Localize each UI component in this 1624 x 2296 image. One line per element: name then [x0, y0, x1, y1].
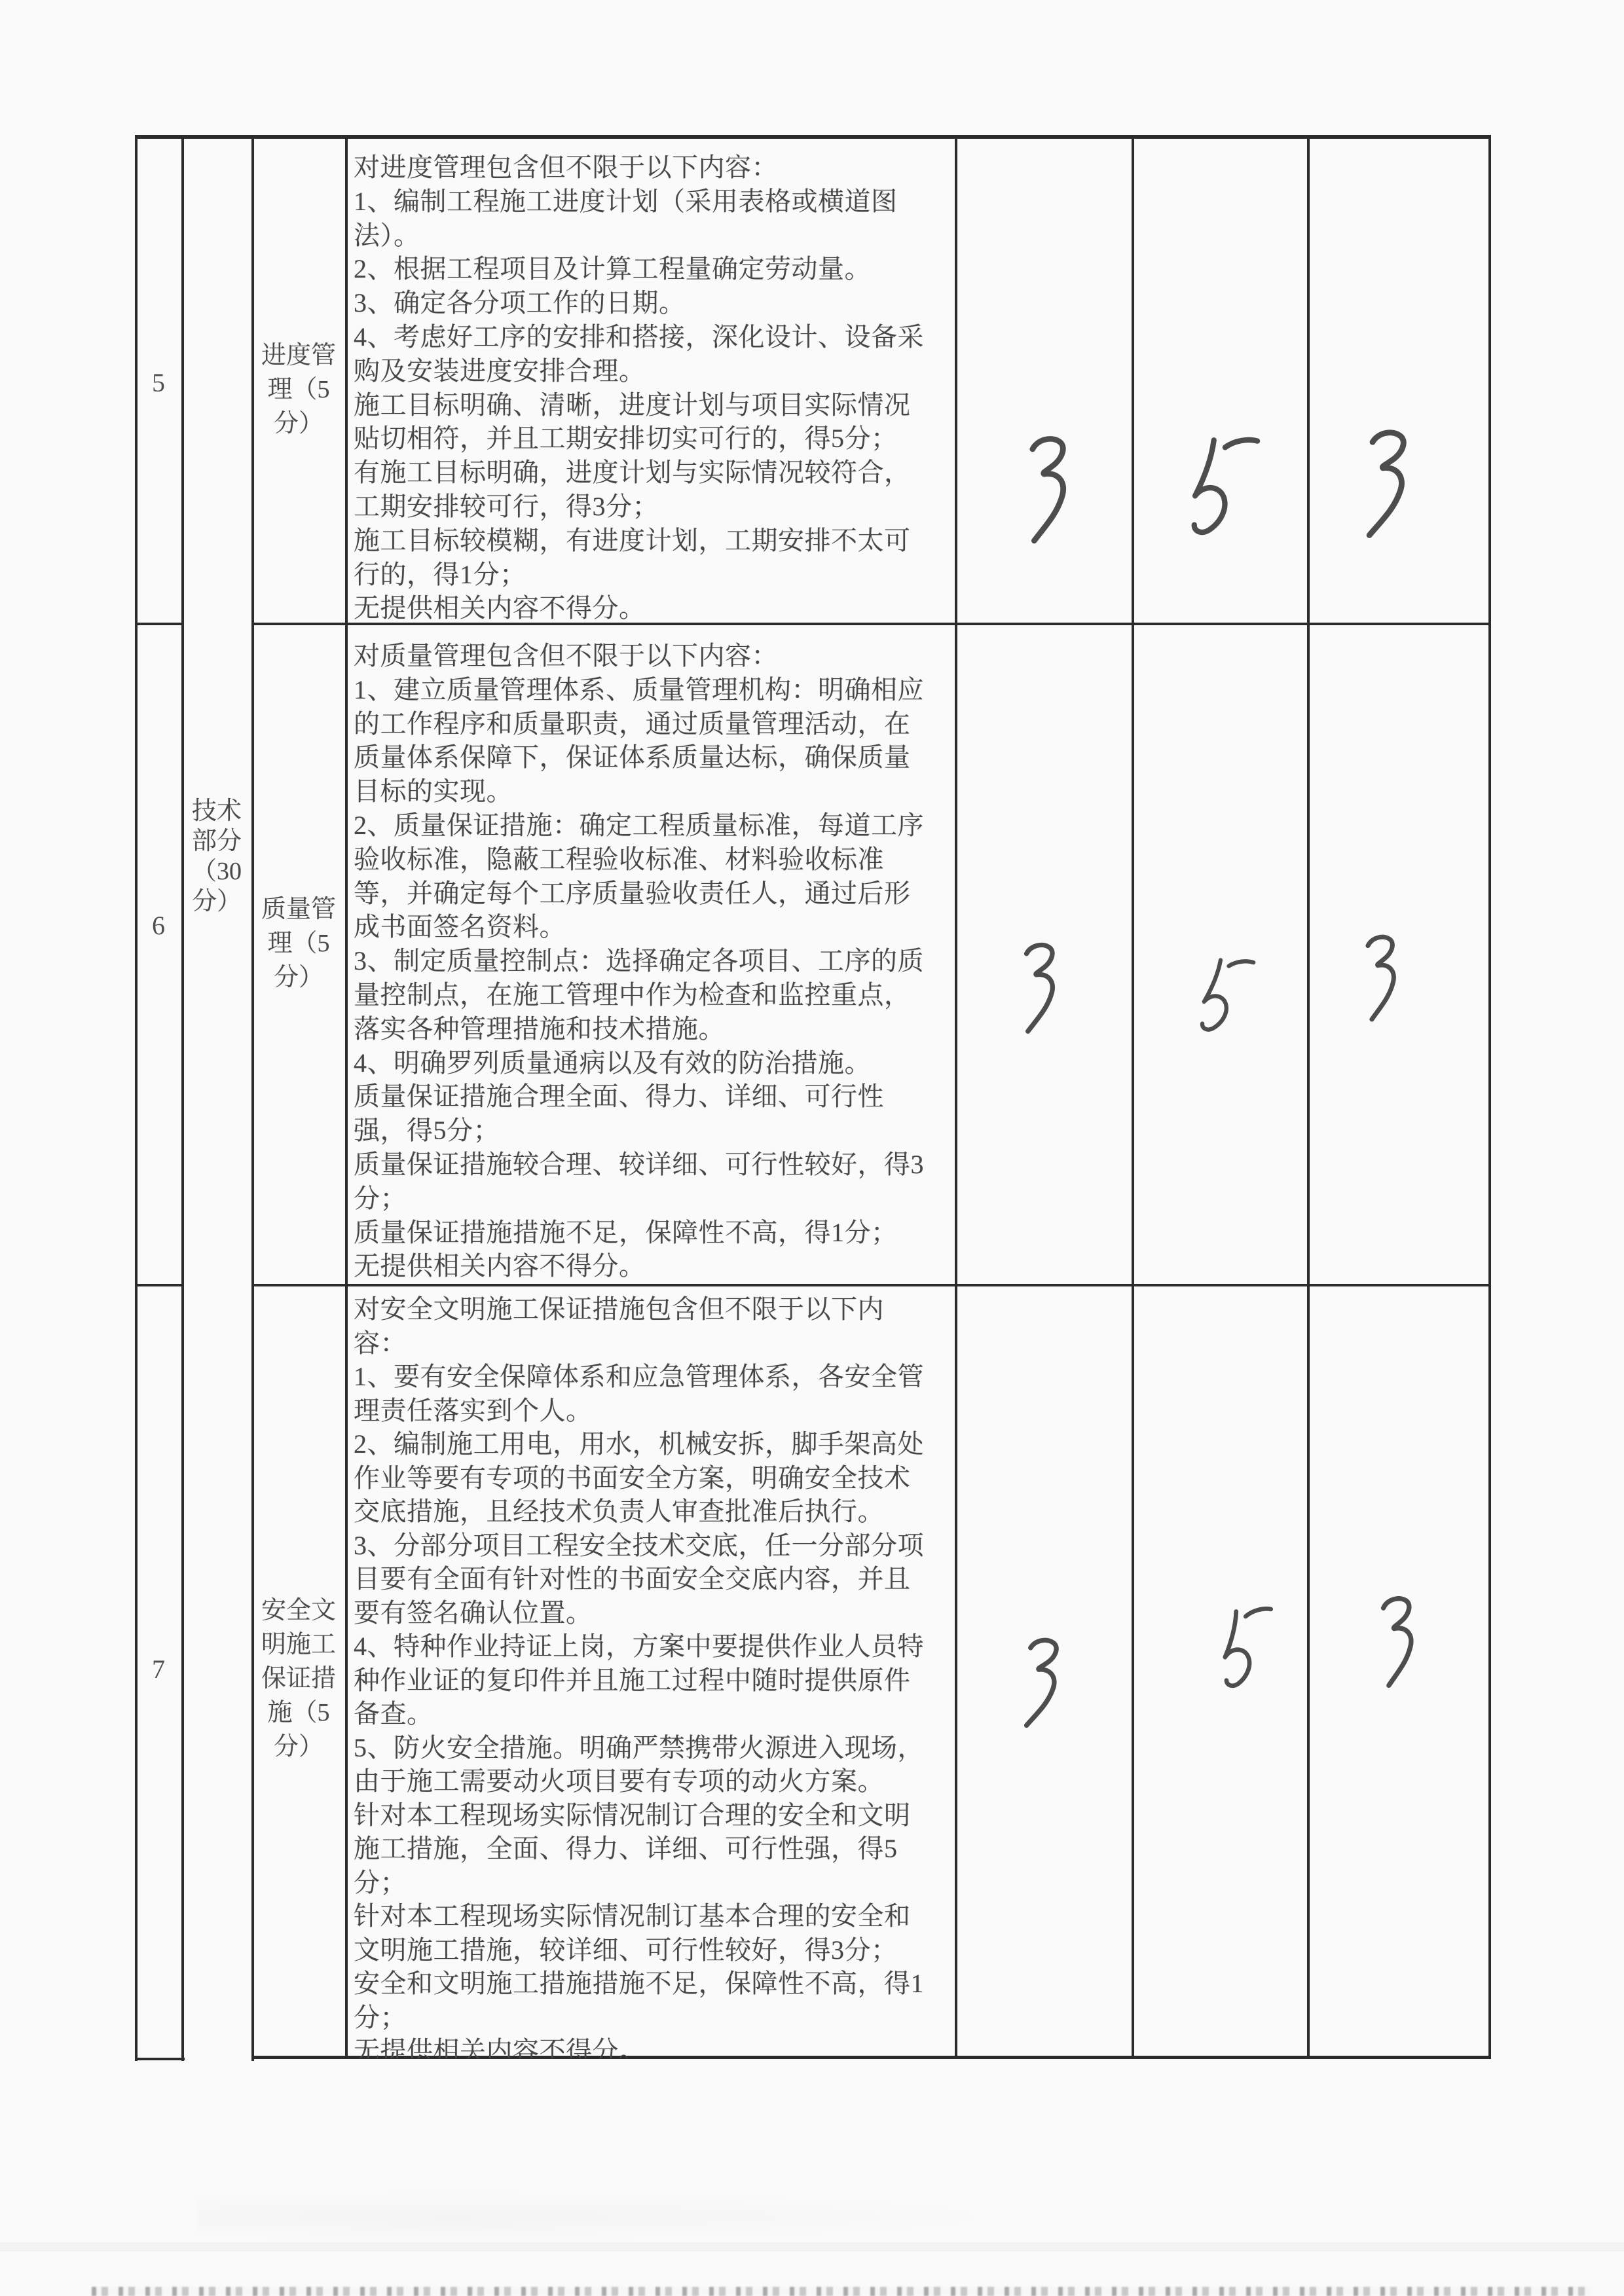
grid-line-v-left — [135, 135, 138, 2061]
criteria-cell-row7: 对安全文明施工保证措施包含但不限于以下内 容： 1、要有安全保障体系和应急管理体… — [354, 1292, 951, 2058]
grid-line-v-col3 — [345, 135, 348, 2057]
handwritten-score-row6-col1 — [1020, 941, 1068, 1044]
grid-line-v-score3 — [1307, 135, 1310, 2057]
grid-line-v-score2 — [1132, 135, 1134, 2057]
grid-line-v-right — [1488, 135, 1491, 2057]
handwritten-score-row7-col3 — [1376, 1594, 1430, 1698]
grid-line-h-row5-6-a — [135, 623, 184, 625]
handwritten-score-row5-col1 — [1024, 435, 1081, 555]
scan-artifact-ghost-text — [196, 2190, 1048, 2242]
handwritten-score-row6-col2 — [1194, 957, 1259, 1034]
handwritten-score-row7-col2 — [1208, 1602, 1286, 1692]
scanned-page: 5 6 7 技术 部分 （30 分） 进度管 理（5 分） 质量管 理（5 分）… — [0, 0, 1624, 2296]
category-label-row7: 安全文 明施工 保证措 施（5 分） — [252, 1594, 345, 1764]
grid-line-h-top — [135, 135, 1491, 139]
grid-line-v-col1 — [181, 135, 184, 2061]
handwritten-score-row7-col1 — [1018, 1635, 1073, 1741]
grid-line-v-score1 — [955, 135, 957, 2057]
handwritten-score-row5-col2 — [1178, 433, 1268, 539]
category-label-row6: 质量管 理（5 分） — [252, 892, 345, 994]
row-number-7: 7 — [135, 1654, 182, 1685]
criteria-cell-row5: 对进度管理包含但不限于以下内容： 1、编制工程施工进度计划（采用表格或横道图 法… — [354, 151, 951, 623]
section-label: 技术 部分 （30 分） — [182, 796, 251, 917]
row-number-5: 5 — [135, 367, 182, 399]
row-number-6: 6 — [135, 910, 182, 941]
criteria-cell-row6: 对质量管理包含但不限于以下内容： 1、建立质量管理体系、质量管理机构：明确相应 … — [354, 639, 951, 1283]
handwritten-score-row6-col3 — [1361, 933, 1410, 1032]
grid-line-h-row6-7-a — [135, 1284, 184, 1286]
scan-artifact-page-edge — [92, 2287, 1591, 2296]
grid-line-h-bottom-a — [135, 2058, 185, 2060]
handwritten-score-row5-col3 — [1359, 427, 1423, 553]
grid-line-h-row6-7-b — [251, 1284, 1491, 1286]
category-label-row5: 进度管 理（5 分） — [252, 338, 345, 441]
scan-artifact-band — [0, 2242, 1624, 2251]
